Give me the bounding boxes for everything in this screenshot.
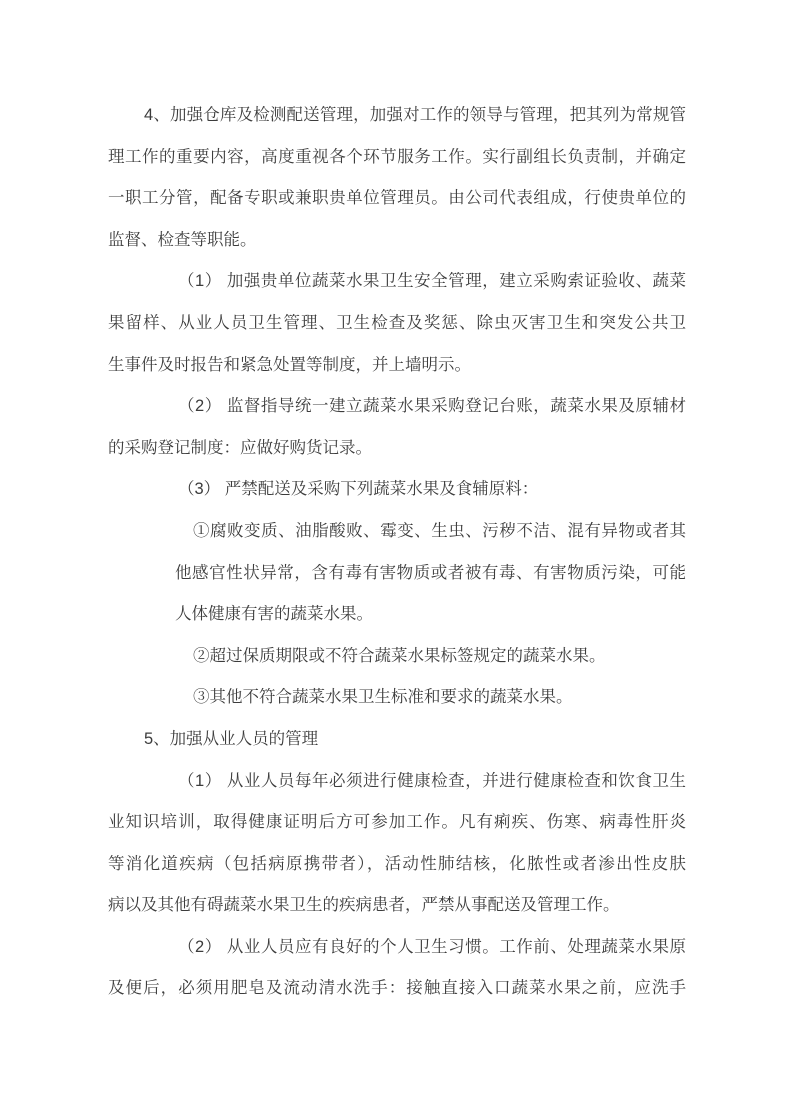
paragraph-item-4-3: （3） 严禁配送及采购下列蔬菜水果及食辅原料：	[108, 469, 686, 511]
text-line: 及便后，必须用肥皂及流动清水洗手：接触直接入口蔬菜水果之前，应洗手	[108, 968, 686, 1010]
text-line: （2） 从业人员应有良好的个人卫生习惯。工作前、处理蔬菜水果原料	[108, 927, 686, 969]
document-page: 4、加强仓库及检测配送管理，加强对工作的领导与管理，把其列为常规管理工作的重要内…	[0, 0, 790, 1118]
paragraph-item-4-2: （2） 监督指导统一建立蔬菜水果采购登记台账，蔬菜水果及原辅材料的采购登记制度：…	[108, 386, 686, 469]
text-line: （3） 严禁配送及采购下列蔬菜水果及食辅原料：	[108, 469, 686, 511]
text-line: ①腐败变质、油脂酸败、霉变、生虫、污秽不洁、混有异物或者其	[108, 511, 686, 553]
text-line: ③其他不符合蔬菜水果卫生标准和要求的蔬菜水果。	[108, 677, 686, 719]
paragraph-item-4-1: （1） 加强贵单位蔬菜水果卫生安全管理，建立采购索证验收、蔬菜水果留样、从业人员…	[108, 261, 686, 386]
paragraph-section-4: 4、加强仓库及检测配送管理，加强对工作的领导与管理，把其列为常规管理工作的重要内…	[108, 95, 686, 261]
paragraph-item-circle-3: ③其他不符合蔬菜水果卫生标准和要求的蔬菜水果。	[108, 677, 686, 719]
paragraph-section-5: 5、加强从业人员的管理	[108, 719, 686, 761]
text-line: 等消化道疾病（包括病原携带者），活动性肺结核，化脓性或者渗出性皮肤	[108, 844, 686, 886]
text-line: （1） 从业人员每年必须进行健康检查，并进行健康检查和饮食卫生专	[108, 761, 686, 803]
text-line: （2） 监督指导统一建立蔬菜水果采购登记台账，蔬菜水果及原辅材料	[108, 386, 686, 428]
text-line: 监督、检查等职能。	[108, 220, 686, 262]
text-line: 5、加强从业人员的管理	[108, 719, 686, 761]
text-line: 生事件及时报告和紧急处置等制度，并上墙明示。	[108, 345, 686, 387]
text-line: 业知识培训，取得健康证明后方可参加工作。凡有痢疾、伤寒、病毒性肝炎	[108, 802, 686, 844]
text-line: 人体健康有害的蔬菜水果。	[108, 594, 686, 636]
paragraph-item-circle-1: ①腐败变质、油脂酸败、霉变、生虫、污秽不洁、混有异物或者其他感官性状异常，含有毒…	[108, 511, 686, 636]
text-line: 理工作的重要内容，高度重视各个环节服务工作。实行副组长负责制，并确定	[108, 137, 686, 179]
text-line: 病以及其他有碍蔬菜水果卫生的疾病患者，严禁从事配送及管理工作。	[108, 885, 686, 927]
text-line: 果留样、从业人员卫生管理、卫生检查及奖惩、除虫灭害卫生和突发公共卫	[108, 303, 686, 345]
text-line: 一职工分管，配备专职或兼职贵单位管理员。由公司代表组成，行使贵单位的	[108, 178, 686, 220]
text-line: ②超过保质期限或不符合蔬菜水果标签规定的蔬菜水果。	[108, 636, 686, 678]
paragraph-item-5-1: （1） 从业人员每年必须进行健康检查，并进行健康检查和饮食卫生专业知识培训，取得…	[108, 761, 686, 927]
text-line: 4、加强仓库及检测配送管理，加强对工作的领导与管理，把其列为常规管	[108, 95, 686, 137]
document-background: { "page": { "background_color": "#ffffff…	[0, 0, 790, 1118]
document-text-body: 4、加强仓库及检测配送管理，加强对工作的领导与管理，把其列为常规管理工作的重要内…	[108, 95, 686, 1010]
text-line: （1） 加强贵单位蔬菜水果卫生安全管理，建立采购索证验收、蔬菜水	[108, 261, 686, 303]
paragraph-item-5-2: （2） 从业人员应有良好的个人卫生习惯。工作前、处理蔬菜水果原料及便后，必须用肥…	[108, 927, 686, 1010]
text-line: 的采购登记制度：应做好购货记录。	[108, 428, 686, 470]
text-line: 他感官性状异常，含有毒有害物质或者被有毒、有害物质污染，可能对	[108, 553, 686, 595]
paragraph-item-circle-2: ②超过保质期限或不符合蔬菜水果标签规定的蔬菜水果。	[108, 636, 686, 678]
